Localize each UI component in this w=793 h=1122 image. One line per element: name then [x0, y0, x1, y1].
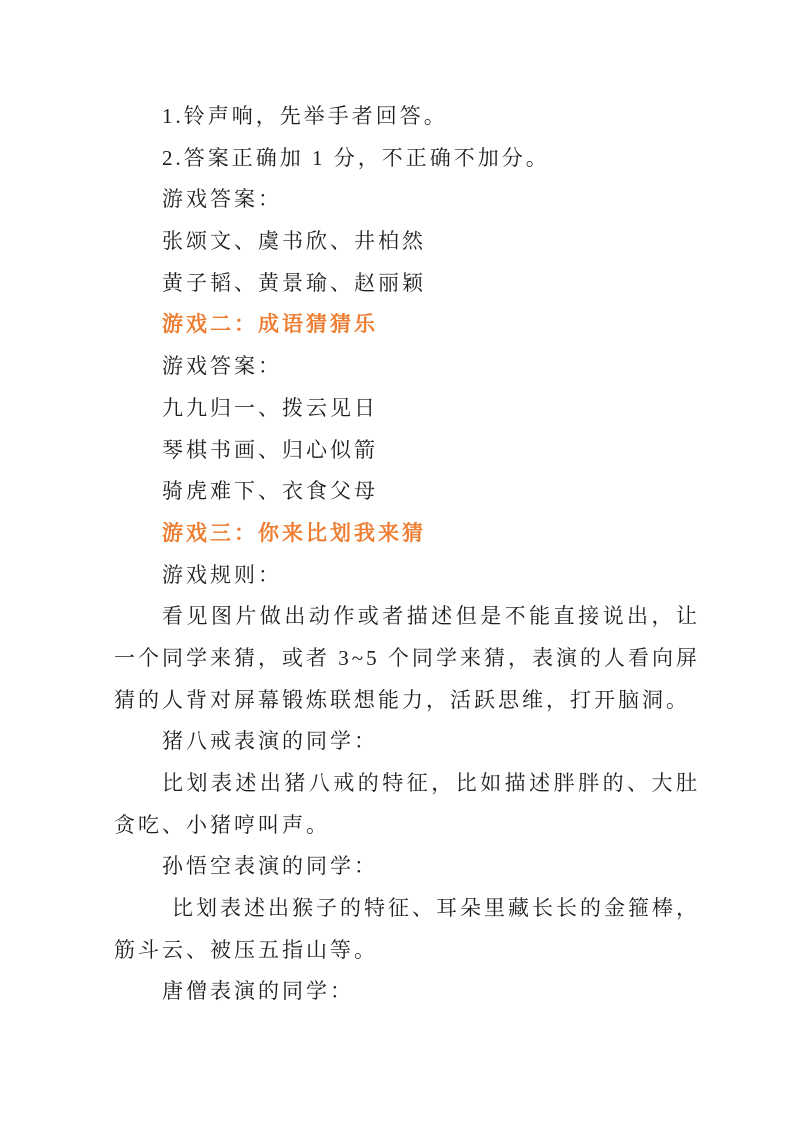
- game2-answer-line-3: 骑虎难下、衣食父母: [114, 471, 700, 513]
- game2-answer-line-2: 琴棋书画、归心似箭: [114, 430, 700, 472]
- game3-rule-line-2: 一个同学来猜，或者 3~5 个同学来猜，表演的人看向屏幕，: [114, 638, 700, 680]
- rule-item-2: 2.答案正确加 1 分，不正确不加分。: [114, 138, 700, 180]
- game2-answers-label: 游戏答案：: [114, 346, 700, 388]
- game1-answers-label: 游戏答案：: [114, 179, 700, 221]
- document-page: 1.铃声响，先举手者回答。 2.答案正确加 1 分，不正确不加分。 游戏答案： …: [0, 0, 793, 1122]
- monkey-performer-label: 孙悟空表演的同学：: [114, 846, 700, 888]
- monkey-performer-desc-1: 比划表述出猴子的特征、耳朵里藏长长的金箍棒，: [114, 888, 700, 930]
- monkey-performer-desc-2: 筋斗云、被压五指山等。: [114, 930, 700, 972]
- game2-answer-line-1: 九九归一、拨云见日: [114, 388, 700, 430]
- pig-performer-desc-1: 比划表述出猪八戒的特征，比如描述胖胖的、大肚子、: [114, 763, 700, 805]
- rule-item-1: 1.铃声响，先举手者回答。: [114, 96, 700, 138]
- game1-answer-line-2: 黄子韬、黄景瑜、赵丽颖: [114, 263, 700, 305]
- pig-performer-label: 猪八戒表演的同学：: [114, 721, 700, 763]
- tangseng-performer-label: 唐僧表演的同学：: [114, 971, 700, 1013]
- pig-performer-desc-2: 贪吃、小猪哼叫声。: [114, 805, 700, 847]
- game3-rules-label: 游戏规则：: [114, 555, 700, 597]
- game3-rule-line-1: 看见图片做出动作或者描述但是不能直接说出，让另: [114, 596, 700, 638]
- game2-heading: 游戏二：成语猜猜乐: [114, 304, 700, 346]
- game3-rule-line-3: 猜的人背对屏幕锻炼联想能力，活跃思维，打开脑洞。: [114, 680, 700, 722]
- document-content: 1.铃声响，先举手者回答。 2.答案正确加 1 分，不正确不加分。 游戏答案： …: [114, 96, 700, 1013]
- game3-heading: 游戏三：你来比划我来猜: [114, 513, 700, 555]
- game1-answer-line-1: 张颂文、虞书欣、井柏然: [114, 221, 700, 263]
